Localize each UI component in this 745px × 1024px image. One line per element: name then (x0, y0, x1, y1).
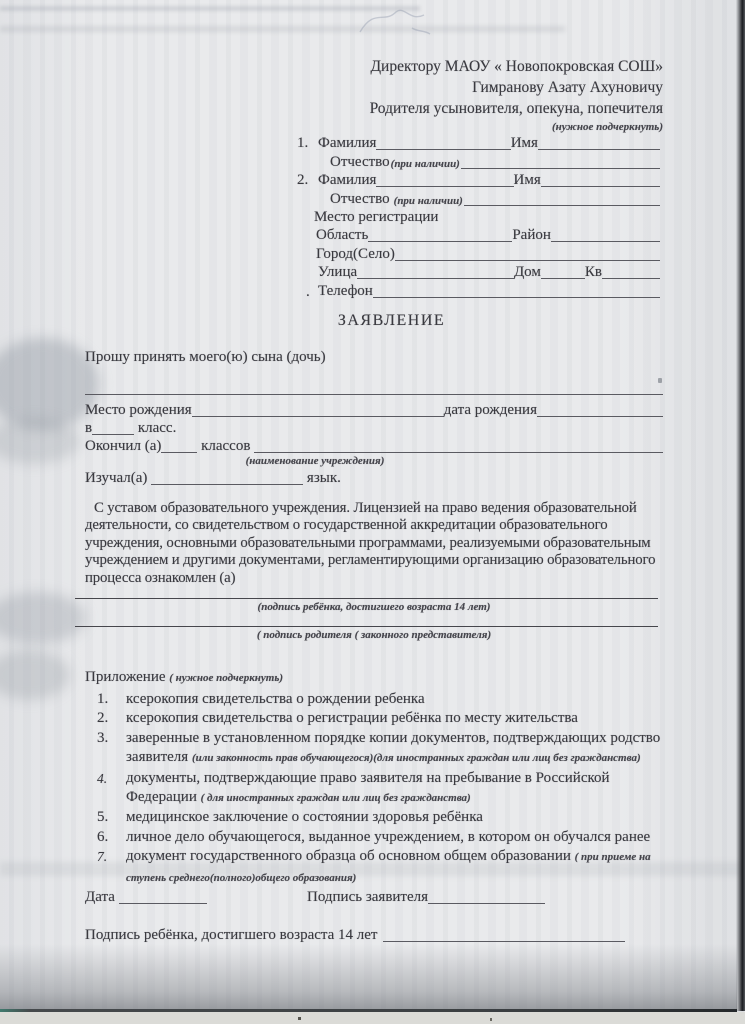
attachment-text-main: документ государственного образца об осн… (126, 848, 575, 864)
parent-signature-note: ( подпись родителя ( законного представи… (85, 629, 663, 642)
child-signature-blank-line (383, 941, 625, 942)
surname-blank-line (376, 149, 510, 150)
list-item: 4. документы, подтверждающие право заяви… (97, 769, 663, 809)
list-number: 1. (297, 135, 318, 152)
phone-blank-line (373, 297, 660, 298)
birthplace-blank-line (192, 416, 444, 417)
birthdate-label: дата рождения (444, 402, 537, 419)
attachment-text-note: ( для иностранных граждан или лиц без гр… (201, 792, 471, 804)
list-number: 7. (97, 847, 126, 888)
parent-signature-line (75, 626, 658, 627)
patronymic-note: (при наличии) (391, 158, 460, 170)
firstname-blank-line (538, 149, 660, 150)
attachment-text: документ государственного образца об осн… (126, 847, 663, 888)
child-signature-line (75, 598, 658, 599)
studied-row: Изучал(а) язык. (85, 469, 663, 487)
applicant-signature-label: Подпись заявителя (307, 889, 428, 906)
attachments-underline-note: ( нужное подчеркнуть) (169, 672, 283, 684)
field-row-street: Улица Дом Кв (297, 263, 660, 281)
attachments-title: Приложение (85, 669, 169, 685)
field-row-city: Город(Село) (297, 244, 660, 262)
region-label: Область (316, 227, 368, 244)
applicant-signature-row: Подпись заявителя (307, 889, 545, 906)
date-blank-line (119, 903, 207, 904)
class-prefix: в (85, 420, 92, 437)
application-body: Прошу принять моего(ю) сына (дочь) Место… (85, 349, 663, 888)
header-addressee: Директору МАОУ « Новопокровская СОШ» Гим… (370, 56, 663, 136)
child-signature-label: Подпись ребёнка, достигшего возраста 14 … (85, 927, 377, 944)
header-line-director: Директору МАОУ « Новопокровская СОШ» (370, 56, 663, 77)
class-suffix: класс. (134, 420, 176, 437)
surname-label: Фамилия (318, 135, 376, 152)
institution-note: (наименование учреждения) (235, 455, 395, 469)
scanned-application-form: Директору МАОУ « Новопокровская СОШ» Гим… (0, 0, 745, 1024)
patronymic-label: Отчество (330, 154, 390, 171)
apartment-label: Кв (585, 264, 602, 281)
list-number: 1. (97, 690, 126, 709)
list-number: 2. (97, 709, 126, 728)
language-label: язык. (303, 470, 341, 487)
date-row: Дата (85, 889, 207, 906)
list-item: 2. ксерокопия свидетельства о регистраци… (97, 709, 663, 728)
list-item: 1. ксерокопия свидетельства о рождении р… (97, 690, 663, 709)
street-blank-line (357, 278, 514, 279)
city-label: Город(Село) (316, 246, 395, 263)
request-line: Прошу принять моего(ю) сына (дочь) (85, 349, 663, 366)
applicant-fields: 1. Фамилия Имя Отчество (при наличии) 2.… (297, 134, 660, 300)
attachment-text: личное дело обучающегося, выданное учреж… (126, 828, 663, 847)
scan-smudge (0, 592, 86, 644)
child-signature-row: Подпись ребёнка, достигшего возраста 14 … (85, 927, 625, 944)
birthdate-blank-line (537, 416, 663, 417)
scanner-bed-strip (0, 1012, 745, 1024)
surname-label: Фамилия (318, 172, 376, 189)
list-number: 2. (297, 172, 318, 189)
field-row-surname-2: 2. Фамилия Имя (297, 171, 660, 189)
firstname-label: Имя (514, 172, 541, 189)
patronymic-note: (при наличии) (394, 195, 463, 207)
scan-right-edge-shadow (736, 0, 745, 1011)
field-row-phone: Телефон (297, 281, 660, 299)
birthplace-label: Место рождения (85, 402, 192, 419)
patronymic-label: Отчество (330, 191, 390, 208)
date-label: Дата (85, 889, 119, 906)
house-blank-line (541, 278, 585, 279)
field-row-patronymic-2: Отчество (при наличии) (297, 189, 660, 207)
child-name-blank-line (85, 394, 663, 395)
registration-label: Место регистрации (314, 209, 438, 226)
street-label: Улица (318, 264, 357, 281)
house-label: Дом (514, 264, 541, 281)
field-row-surname-1: 1. Фамилия Имя (297, 134, 660, 152)
district-label: Район (512, 227, 551, 244)
class-row: в класс. (85, 419, 663, 437)
class-blank-line (92, 434, 134, 435)
list-item: 3. заверенные в установленном порядке ко… (97, 729, 663, 769)
field-row-patronymic-1: Отчество (при наличии) (297, 152, 660, 170)
list-item: 7. документ государственного образца об … (97, 847, 663, 888)
district-blank-line (551, 241, 660, 242)
scan-speck (490, 1018, 492, 1021)
field-row-registration: Место регистрации (297, 208, 660, 226)
child-signature-note: (подпись ребёнка, достигшего возраста 14… (85, 601, 663, 614)
scan-smudge (0, 26, 565, 32)
firstname-blank-line (541, 186, 660, 187)
attachment-text: ксерокопия свидетельства о рождении ребе… (126, 690, 663, 709)
patronymic-blank-line (461, 168, 660, 169)
list-number: 3. (97, 729, 126, 769)
attachment-text: медицинское заключение о состоянии здоро… (126, 808, 663, 827)
patronymic-blank-line (464, 205, 660, 206)
studied-label: Изучал(а) (85, 470, 151, 487)
phone-label: Телефон (318, 283, 373, 300)
attachment-text: документы, подтверждающие право заявител… (126, 769, 663, 809)
finished-row: Окончил (а) классов (85, 437, 663, 455)
stray-dot: . (306, 284, 310, 301)
attachments-heading: Приложение ( нужное подчеркнуть) (85, 669, 663, 686)
scan-speck (298, 1017, 301, 1020)
surname-blank-line (376, 186, 513, 187)
finished-label: Окончил (а) (85, 438, 161, 455)
region-blank-line (368, 241, 512, 242)
apartment-blank-line (602, 278, 660, 279)
scan-smudge (0, 650, 70, 700)
list-item: 6. личное дело обучающегося, выданное уч… (97, 828, 663, 847)
language-blank-line (151, 484, 303, 485)
city-blank-line (395, 260, 660, 261)
applicant-signature-blank-line (428, 903, 545, 904)
firstname-label: Имя (511, 135, 538, 152)
list-number: 5. (97, 808, 126, 827)
scan-page-edge-line (0, 1009, 737, 1012)
scan-smudge (0, 418, 80, 464)
attachment-text: ксерокопия свидетельства о регистрации р… (126, 709, 663, 728)
birth-row: Место рождения дата рождения (85, 401, 663, 419)
list-number: 6. (97, 828, 126, 847)
list-number: 4. (97, 769, 126, 809)
header-line-director-name: Гимранову Азату Ахуновичу (370, 77, 663, 98)
attachment-text: заверенные в установленном порядке копии… (126, 729, 663, 769)
acknowledgement-paragraph: С уставом образовательного учреждения. Л… (85, 500, 663, 587)
pencil-squiggle (352, 2, 447, 44)
attachment-text-note: (или законность прав обучающегося)(для и… (192, 752, 641, 764)
list-item: 5. медицинское заключение о состоянии зд… (97, 808, 663, 827)
document-title: ЗАЯВЛЕНИЕ (0, 312, 745, 330)
institution-blank-line (254, 452, 663, 453)
field-row-region: Область Район (297, 226, 660, 244)
classes-label: классов (197, 438, 254, 455)
attachments-list: 1. ксерокопия свидетельства о рождении р… (85, 690, 663, 888)
scan-bottom-shadow (0, 944, 737, 1010)
finished-classes-blank-line (161, 452, 197, 453)
child-name-row (85, 379, 663, 397)
header-line-applicant-role: Родителя усыновителя, опекуна, попечител… (370, 98, 663, 119)
